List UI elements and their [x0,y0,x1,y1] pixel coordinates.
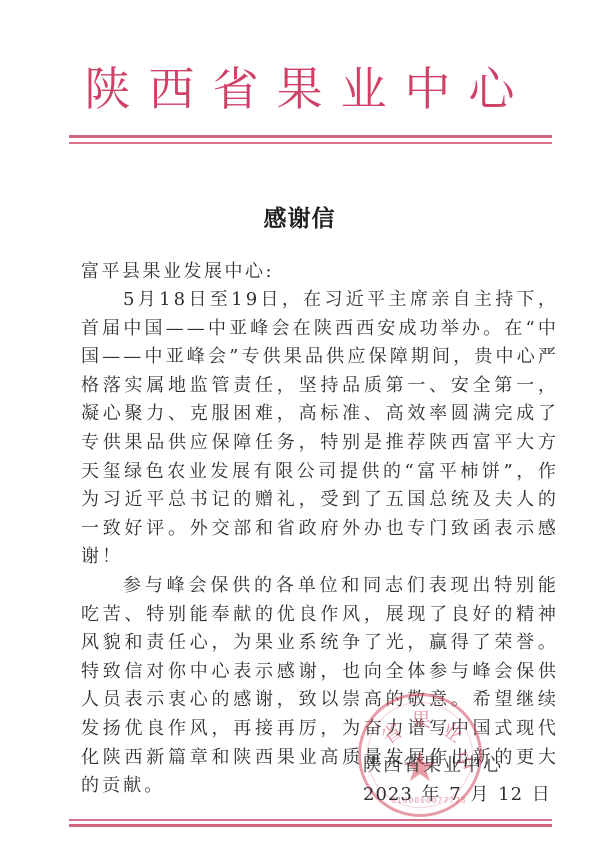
document-title: 感谢信 [0,200,599,233]
signature-org: 陕西省果业中心 [363,752,503,780]
seal-char: 果 [411,704,431,733]
footer-divider-thick [69,824,552,827]
signature-date: 2023 年 7 月 12 日 [363,781,551,809]
letter-body: 5月18日至19日，在习近平主席亲自主持下，首届中国——中亚峰会在陕西西安成功举… [81,286,559,801]
salutation: 富平县果业发展中心: [81,258,274,287]
letterhead-divider-thick [69,135,552,138]
letterhead-divider-thin [69,142,552,144]
letterhead-org-name: 陕西省果业中心 [0,62,599,116]
body-paragraph: 5月18日至19日，在习近平主席亲自主持下，首届中国——中亚峰会在陕西西安成功举… [81,286,559,572]
footer-divider-thin [69,819,552,821]
